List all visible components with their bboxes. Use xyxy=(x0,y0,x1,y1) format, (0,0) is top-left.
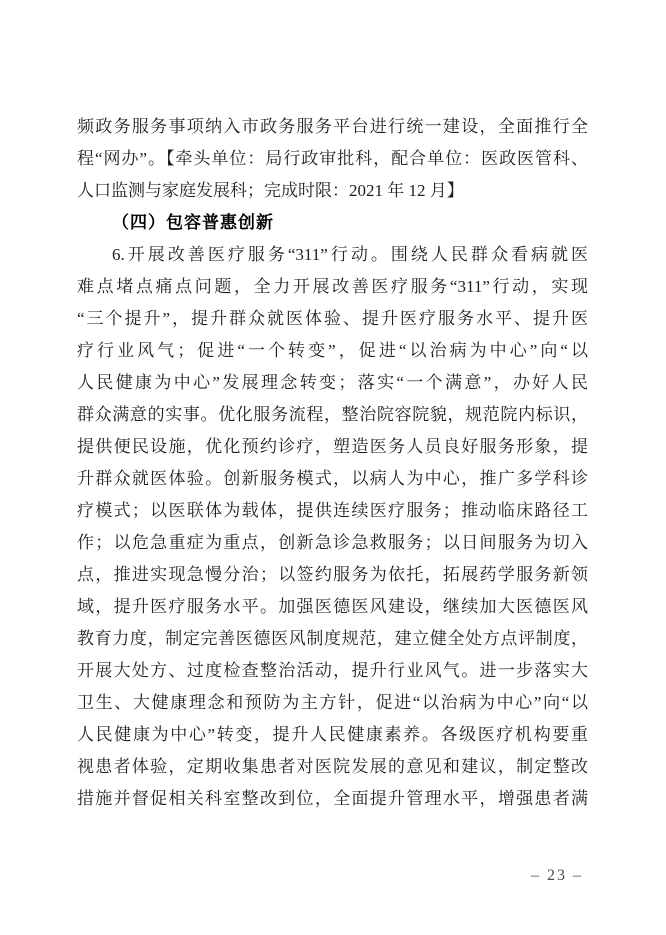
body-line: 开展大处方、过度检查整治活动，提升行业风气。进一步落实大 xyxy=(77,655,588,687)
body-line: 疗模式；以医联体为载体，提供连续医疗服务；推动临床路径工 xyxy=(77,495,588,527)
body-line: 提供便民设施，优化预约诊疗，塑造医务人员良好服务形象，提 xyxy=(77,431,588,463)
body-line: 升群众就医体验。创新服务模式，以病人为中心，推广多学科诊 xyxy=(77,463,588,495)
body-line: 频政务服务事项纳入市政务服务平台进行统一建设，全面推行全 xyxy=(77,111,588,143)
body-line: 人民健康为中心”发展理念转变；落实“一个满意”，办好人民 xyxy=(77,367,588,399)
body-line: 人民健康为中心”转变，提升人民健康素养。各级医疗机构要重 xyxy=(77,719,588,751)
body-line: 卫生、大健康理念和预防为主方针，促进“以治病为中心”向“以 xyxy=(77,687,588,719)
body-line: 疗行业风气；促进“一个转变”，促进“以治病为中心”向“以 xyxy=(77,335,588,367)
body-line: 域，提升医疗服务水平。加强医德医风建设，继续加大医德医风 xyxy=(77,591,588,623)
body-line: 人口监测与家庭发展科；完成时限：2021 年 12 月】 xyxy=(77,175,588,207)
body-line: “三个提升”，提升群众就医体验、提升医疗服务水平、提升医 xyxy=(77,303,588,335)
body-line: 教育力度，制定完善医德医风制度规范，建立健全处方点评制度， xyxy=(77,623,588,655)
body-line: 难点堵点痛点问题，全力开展改善医疗服务“311”行动，实现 xyxy=(77,271,588,303)
document-page: 频政务服务事项纳入市政务服务平台进行统一建设，全面推行全 程“网办”。【牵头单位… xyxy=(0,0,666,935)
document-body: 频政务服务事项纳入市政务服务平台进行统一建设，全面推行全 程“网办”。【牵头单位… xyxy=(77,111,588,815)
page-number: – 23 – xyxy=(0,866,583,886)
body-line: 视患者体验，定期收集患者对医院发展的意见和建议，制定整改 xyxy=(77,751,588,783)
section-heading: （四）包容普惠创新 xyxy=(77,207,588,239)
paragraph-first-line: 6.开展改善医疗服务“311”行动。围绕人民群众看病就医 xyxy=(77,239,588,271)
body-line: 点，推进实现急慢分治；以签约服务为依托，拓展药学服务新领 xyxy=(77,559,588,591)
body-line: 措施并督促相关科室整改到位，全面提升管理水平，增强患者满 xyxy=(77,783,588,815)
body-line: 群众满意的实事。优化服务流程，整治院容院貌，规范院内标识， xyxy=(77,399,588,431)
body-line: 作；以危急重症为重点，创新急诊急救服务；以日间服务为切入 xyxy=(77,527,588,559)
body-line: 程“网办”。【牵头单位：局行政审批科，配合单位：医政医管科、 xyxy=(77,143,588,175)
